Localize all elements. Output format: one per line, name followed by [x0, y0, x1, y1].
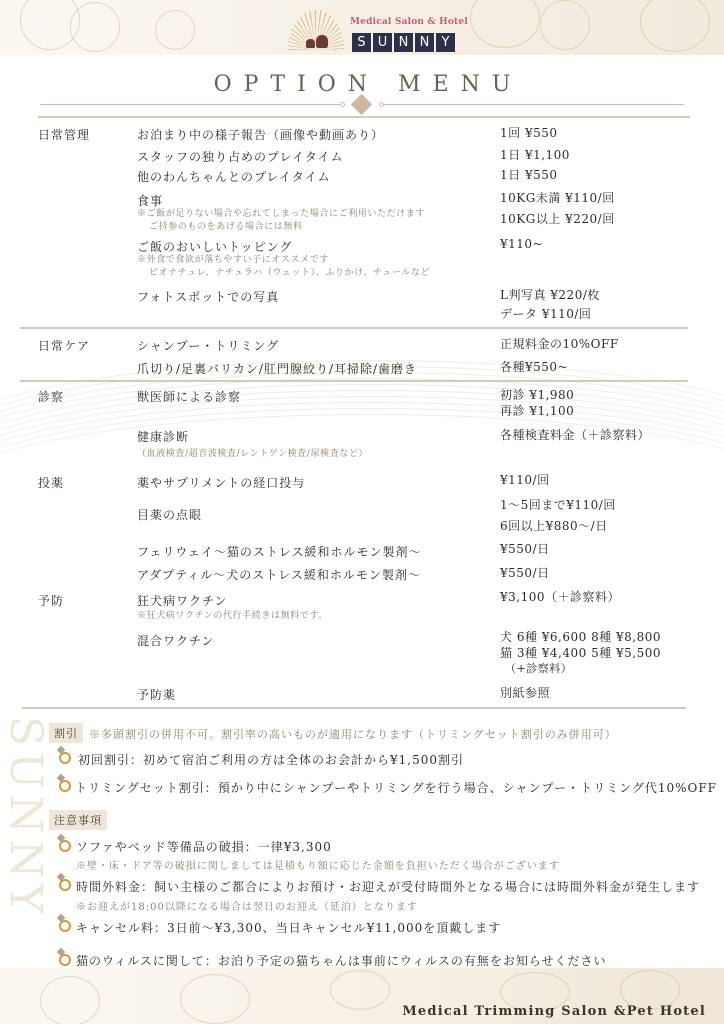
menu-item-price: 1回 ¥550	[500, 126, 558, 141]
menu-item-price: 1日 ¥550	[500, 168, 558, 183]
menu-item-label: フォトスポットでの写真	[137, 288, 279, 305]
menu-item-label: 狂犬病ワクチン	[137, 592, 227, 609]
menu-item-price: 各種検査料金（＋診察料）	[500, 428, 650, 443]
floral-decoration	[330, 970, 390, 1010]
menu-item-price: 各種¥550~	[500, 360, 568, 375]
discount-item: 初回割引：初めて宿泊ご利用の方は全体のお会計から¥1,500割引	[78, 751, 464, 768]
menu-item-note: ビオナチュレ、ナチュラハ（ウェット）、ふりかけ、チュールなど	[149, 267, 430, 280]
menu-item-price: データ ¥110/回	[500, 307, 591, 322]
dogs-icon	[304, 34, 330, 48]
ring-bullet-icon	[59, 780, 71, 792]
notice-sub: ※お迎えが18:00以降になる場合は翌日のお迎え（延泊）となります	[76, 898, 418, 913]
floral-decoration	[40, 976, 100, 1024]
ring-bullet-icon	[59, 752, 71, 764]
menu-item-label: 健康診断	[137, 428, 189, 445]
category-daily-care: 日常ケア	[38, 337, 90, 354]
menu-item-label: スタッフの独り占めのプレイタイム	[137, 148, 344, 165]
side-brand-text: SUNNY	[3, 716, 47, 919]
menu-item-price: 再診 ¥1,100	[500, 404, 574, 419]
notice-item: キャンセル料：3日前〜¥3,300、当日キャンセル¥11,000を頂戴します	[76, 919, 501, 936]
logo-letter: U	[373, 33, 392, 52]
ring-bullet-icon	[59, 879, 71, 891]
divider	[20, 380, 688, 382]
menu-item-price: 6回以上¥880〜/日	[500, 519, 608, 534]
menu-item-label: 混合ワクチン	[137, 632, 214, 649]
menu-item-price: 猫 3種 ¥4,400 5種 ¥5,500	[500, 646, 661, 661]
menu-item-label: 予防薬	[137, 686, 176, 703]
notice-item: 時間外料金：飼い主様のご都合によりお預け・お迎えが受付時間外となる場合には時間外…	[76, 878, 700, 895]
menu-item-label: ご飯のおいしいトッピング	[137, 238, 292, 255]
logo-tagline: Medical Salon & Hotel	[350, 17, 468, 27]
menu-item-price: 1日 ¥1,100	[500, 148, 570, 163]
floral-decoration	[640, 0, 710, 52]
category-prevention: 予防	[38, 592, 64, 609]
page-title: OPTION MENU	[0, 72, 724, 97]
discount-item: トリミングセット割引：預かり中にシャンプーやトリミングを行う場合、シャンプー・ト…	[75, 779, 717, 796]
notice-sub: ※壁・床・ドア等の破損に関しましては見積もり額に応じた金額を負担いただく場合がご…	[76, 857, 560, 872]
menu-item-label: 爪切り/足裏バリカン/肛門腺絞り/耳掃除/歯磨き	[137, 360, 417, 377]
menu-item-label: フェリウェイ〜猫のストレス緩和ホルモン製剤〜	[137, 543, 422, 560]
title-ornament	[40, 99, 684, 111]
menu-item-note: （血液検査/超音波検査/レントゲン検査/尿検査など）	[137, 448, 368, 461]
diamond-icon	[351, 94, 372, 115]
menu-item-price: 10KG以上 ¥220/回	[500, 212, 615, 227]
divider	[22, 707, 686, 709]
menu-item-price: （+診察料）	[505, 661, 572, 676]
menu-item-label: 他のわんちゃんとのプレイタイム	[137, 168, 331, 185]
menu-item-note: ※狂犬病ワクチンの代行手続きは無料です。	[137, 610, 328, 623]
category-daily-management: 日常管理	[38, 126, 90, 143]
footer-tagline: Medical Trimming Salon &Pet Hotel	[402, 1004, 706, 1019]
category-medication: 投薬	[38, 474, 64, 491]
logo-letter: Y	[436, 33, 455, 52]
divider	[38, 116, 690, 118]
category-examination: 診察	[38, 388, 64, 405]
logo-letter: S	[352, 33, 371, 52]
menu-item-label: アダプティル〜犬のストレス緩和ホルモン製剤〜	[137, 566, 421, 583]
menu-item-note: ※外食で食欲が落ちやすい子にオススメです	[137, 254, 329, 267]
logo-wordmark: S U N N Y	[352, 33, 455, 52]
menu-item-price: ¥110/回	[500, 473, 550, 488]
menu-item-label: 獣医師による診察	[137, 388, 241, 405]
logo-letter: N	[415, 33, 434, 52]
logo: Medical Salon & Hotel S U N N Y	[280, 6, 460, 54]
menu-item-price: L判写真 ¥220/枚	[500, 288, 600, 303]
menu-item-label: シャンプー・トリミング	[137, 337, 279, 354]
discount-tag: 割引	[49, 723, 83, 743]
menu-item-label: 食事	[137, 192, 163, 209]
menu-item-price: ¥3,100（＋診察料）	[500, 590, 620, 605]
menu-item-price: 初診 ¥1,980	[500, 388, 574, 403]
menu-item-price: ¥110~	[500, 237, 543, 252]
notice-item: 猫のウィルスに関して：お泊り予定の猫ちゃんは事前にウィルスの有無をお知らせくださ…	[76, 952, 606, 969]
ring-bullet-icon	[59, 840, 71, 852]
menu-item-price: 犬 6種 ¥6,600 8種 ¥8,800	[500, 630, 661, 645]
ring-bullet-icon	[59, 954, 71, 966]
notice-item: ソファやベッド等備品の破損：一律¥3,300	[76, 838, 332, 855]
floral-decoration	[470, 0, 540, 48]
menu-item-price: ¥550/日	[500, 542, 550, 557]
menu-item-price: 別紙参照	[500, 686, 550, 701]
ring-bullet-icon	[59, 920, 71, 932]
menu-item-note: ご持参のものをあげる場合には無料	[149, 221, 303, 234]
menu-item-label: 薬やサプリメントの経口投与	[137, 474, 305, 491]
floral-decoration	[180, 974, 250, 1024]
menu-item-note: ※ご飯が足りない場合や忘れてしまった場合にご利用いただけます	[137, 208, 425, 221]
discount-note: ※多頭割引の併用不可。割引率の高いものが適用になります（トリミングセット割引のみ…	[89, 726, 617, 742]
menu-item-price: ¥550/日	[500, 566, 550, 581]
menu-item-price: 1〜5回まで¥110/回	[500, 498, 616, 513]
logo-letter: N	[394, 33, 413, 52]
notice-tag: 注意事項	[49, 810, 107, 830]
floral-decoration	[70, 2, 120, 52]
divider	[20, 327, 688, 329]
floral-decoration	[155, 10, 195, 50]
menu-item-price: 正規料金の10%OFF	[500, 337, 619, 352]
menu-item-label: お泊まり中の様子報告（画像や動画あり）	[137, 126, 384, 143]
menu-item-price: 10KG未満 ¥110/回	[500, 191, 615, 206]
floral-decoration	[540, 0, 590, 50]
menu-item-label: 目薬の点眼	[137, 506, 202, 523]
